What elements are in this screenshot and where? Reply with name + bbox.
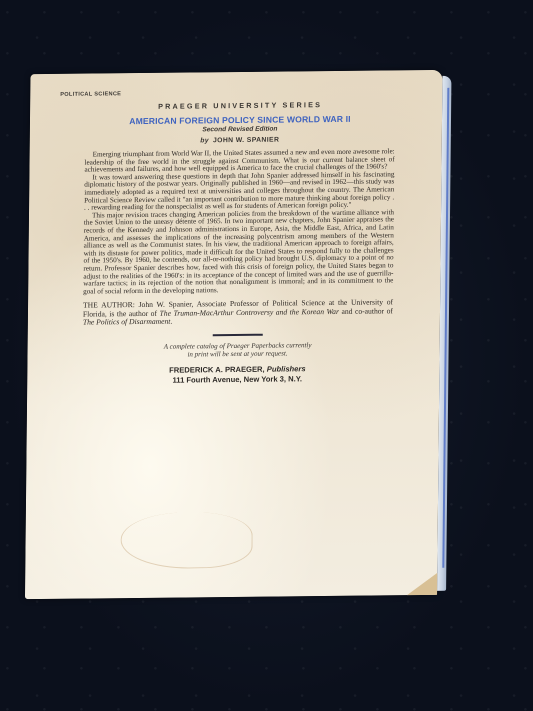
catalog-note: A complete catalog of Praeger Paperbacks… — [82, 340, 392, 360]
byline-by: by — [200, 137, 209, 144]
series-name: PRAEGER UNIVERSITY SERIES — [85, 99, 395, 111]
book-back-cover: POLITICAL SCIENCE PRAEGER UNIVERSITY SER… — [25, 70, 443, 599]
author-book-1: The Truman-MacArthur Controversy and the… — [160, 306, 339, 317]
cover-text-block: POLITICAL SCIENCE PRAEGER UNIVERSITY SER… — [82, 88, 395, 386]
separator-rule — [213, 334, 263, 336]
blurb: Emerging triumphant from World War II, t… — [83, 148, 395, 296]
category-label: POLITICAL SCIENCE — [60, 88, 395, 98]
blurb-paragraph-3: This major revision traces changing Amer… — [83, 209, 394, 296]
blurb-paragraph-2: It was toward answering these questions … — [84, 171, 394, 212]
byline: byJOHN W. SPANIER — [85, 135, 395, 145]
author-bio-text-end: . — [170, 317, 172, 326]
author-name: JOHN W. SPANIER — [213, 137, 279, 145]
author-bio: THE AUTHOR: John W. Spanier, Associate P… — [83, 299, 393, 327]
author-bio-text-middle: and co-author of — [339, 306, 393, 316]
publisher-role: Publishers — [267, 364, 306, 373]
publisher-name: FREDERICK A. PRAEGER, — [169, 364, 265, 374]
catalog-note-line-2: in print will be sent at your request. — [82, 349, 392, 361]
author-book-2: The Politics of Disarmament — [83, 317, 171, 327]
torn-corner — [407, 573, 437, 595]
water-stain — [120, 512, 253, 569]
spine-blue-stripe — [442, 88, 449, 568]
publisher-address: 111 Fourth Avenue, New York 3, N.Y. — [82, 373, 392, 386]
book-spine-edge — [437, 76, 451, 591]
publisher-block: FREDERICK A. PRAEGER, Publishers 111 Fou… — [82, 363, 392, 386]
